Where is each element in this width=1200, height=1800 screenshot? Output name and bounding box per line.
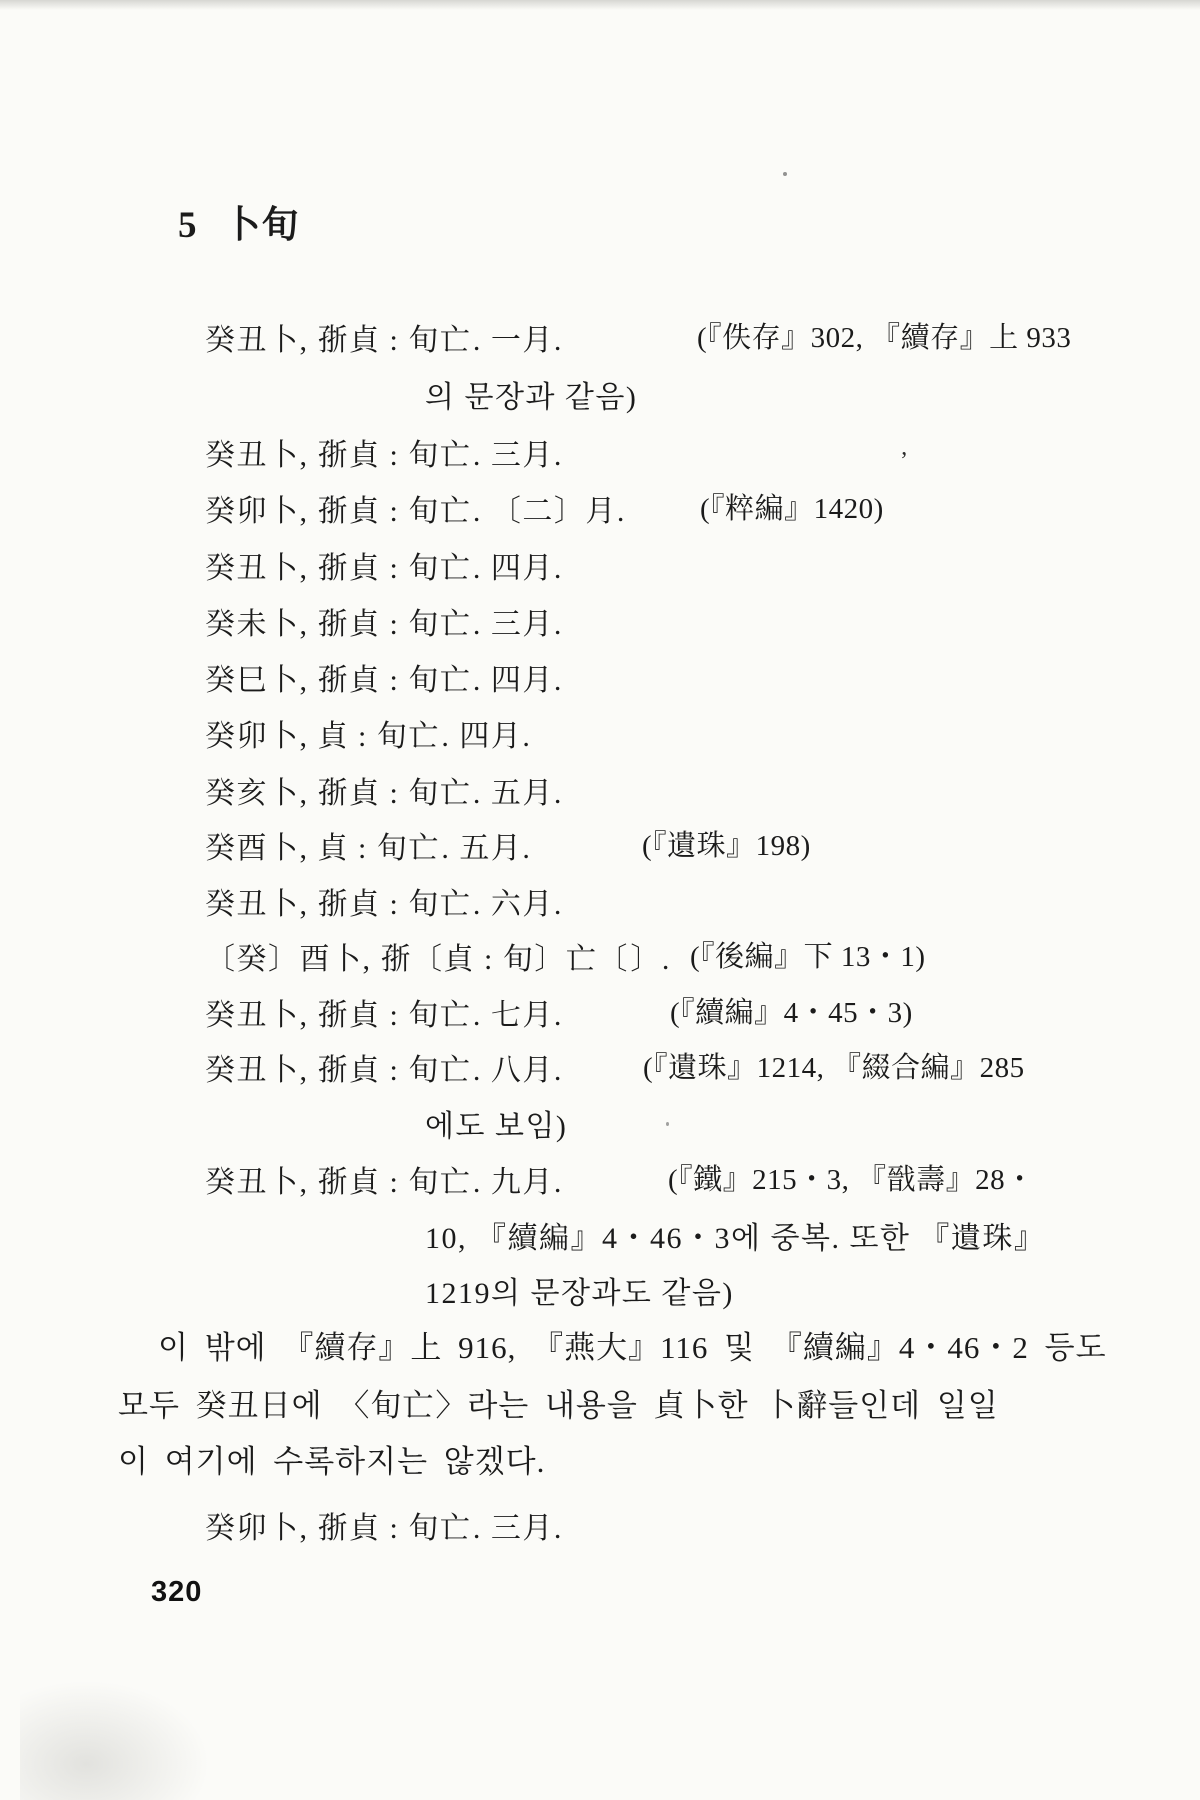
oracle-entry-row: 〔癸〕酉卜, 㝂〔貞 : 旬〕亡〔𡆥〕. (『後編』下 13・1) (0, 934, 1200, 984)
entry-citation: (『鐵』215・3, 『戩壽』28・ (668, 1157, 1035, 1198)
entry-citation: (『粹編』1420) (700, 486, 884, 527)
entry-inscription: 癸卯卜, 㝂貞 : 旬亡𡆥. 〔二〕月. (205, 486, 626, 530)
entry-inscription: 癸巳卜, 㝂貞 : 旬亡𡆥. 四月. (205, 655, 563, 699)
oracle-entry-row: 癸丑卜, 㝂貞 : 旬亡𡆥. 三月. (0, 430, 1200, 480)
section-number: 5 (178, 205, 198, 246)
entry-continuation: 의 문장과 같음) (425, 372, 637, 416)
oracle-entry-row: 癸巳卜, 㝂貞 : 旬亡𡆥. 四月. (0, 655, 1200, 705)
body-paragraph-line: 이 여기에 수록하지는 않겠다. (118, 1436, 545, 1481)
entry-inscription: 癸丑卜, 㝂貞 : 旬亡𡆥. 七月. (205, 990, 563, 1034)
oracle-entry-row: 癸丑卜, 㝂貞 : 旬亡𡆥. 六月. (0, 879, 1200, 929)
entry-inscription: 癸丑卜, 㝂貞 : 旬亡𡆥. 一月. (205, 315, 563, 359)
entry-continuation: 1219의 문장과도 같음) (425, 1268, 734, 1312)
scan-edge-artifact (0, 0, 1200, 10)
scan-smudge-artifact (20, 1680, 210, 1800)
oracle-entry-row: 에도 보임) (0, 1101, 1200, 1151)
entry-citation: (『佚存』302, 『續存』上 933 (697, 315, 1071, 356)
oracle-entry-row: 癸丑卜, 㝂貞 : 旬亡𡆥. 九月. (『鐵』215・3, 『戩壽』28・ (0, 1157, 1200, 1207)
page-number: 320 (151, 1576, 202, 1609)
body-paragraph-line: 모두 癸丑日에 〈旬亡𡆥〉라는 내용을 貞卜한 卜辭들인데 일일 (118, 1380, 999, 1425)
oracle-entry-row: 癸卯卜, 貞 : 旬亡𡆥. 四月. (0, 711, 1200, 761)
entry-continuation: 에도 보임) (425, 1101, 567, 1145)
oracle-entry-row: 癸丑卜, 㝂貞 : 旬亡𡆥. 八月. (『遺珠』1214, 『綴合編』285 (0, 1045, 1200, 1095)
section-title: 卜旬 (224, 205, 300, 246)
entry-inscription: 癸亥卜, 㝂貞 : 旬亡𡆥. 五月. (205, 768, 563, 812)
entry-inscription: 〔癸〕酉卜, 㝂〔貞 : 旬〕亡〔𡆥〕. (205, 934, 671, 978)
entry-inscription: 癸丑卜, 㝂貞 : 旬亡𡆥. 四月. (205, 543, 563, 587)
entry-inscription: 癸丑卜, 㝂貞 : 旬亡𡆥. 九月. (205, 1157, 563, 1201)
entry-citation: (『遺珠』198) (642, 823, 811, 864)
entry-inscription: 癸未卜, 㝂貞 : 旬亡𡆥. 三月. (205, 599, 563, 643)
scan-speck (783, 172, 787, 176)
oracle-entry-row: 의 문장과 같음) (0, 372, 1200, 422)
entry-citation: (『續編』4・45・3) (670, 990, 913, 1031)
oracle-entry-row: 癸丑卜, 㝂貞 : 旬亡𡆥. 四月. (0, 543, 1200, 593)
entry-inscription: 癸丑卜, 㝂貞 : 旬亡𡆥. 三月. (205, 430, 563, 474)
oracle-entry-row: 10, 『續編』4・46・3에 중복. 또한 『遺珠』 (0, 1213, 1200, 1263)
oracle-entry-row: 癸卯卜, 㝂貞 : 旬亡𡆥. 〔二〕月. (『粹編』1420) (0, 486, 1200, 536)
oracle-entry-row: 癸酉卜, 貞 : 旬亡𡆥. 五月. (『遺珠』198) (0, 823, 1200, 873)
entry-inscription: 癸丑卜, 㝂貞 : 旬亡𡆥. 八月. (205, 1045, 563, 1089)
oracle-entry-row: 癸未卜, 㝂貞 : 旬亡𡆥. 三月. (0, 599, 1200, 649)
oracle-entry-row: 癸丑卜, 㝂貞 : 旬亡𡆥. 七月. (『續編』4・45・3) (0, 990, 1200, 1040)
entry-continuation: 10, 『續編』4・46・3에 중복. 또한 『遺珠』 (425, 1213, 1045, 1257)
oracle-entry-row: 癸卯卜, 㝂貞 : 旬亡𡆥. 三月. (0, 1503, 1200, 1553)
entry-inscription: 癸卯卜, 㝂貞 : 旬亡𡆥. 三月. (205, 1503, 563, 1547)
oracle-entry-row: 癸丑卜, 㝂貞 : 旬亡𡆥. 一月. (『佚存』302, 『續存』上 933 (0, 315, 1200, 365)
section-heading: 5卜旬 (178, 194, 300, 248)
entry-inscription: 癸卯卜, 貞 : 旬亡𡆥. 四月. (205, 711, 531, 755)
oracle-entry-row: 1219의 문장과도 같음) (0, 1268, 1200, 1318)
oracle-entry-row: 癸亥卜, 㝂貞 : 旬亡𡆥. 五月. (0, 768, 1200, 818)
book-page: ’ 5卜旬 癸丑卜, 㝂貞 : 旬亡𡆥. 一月. (『佚存』302, 『續存』上… (0, 0, 1200, 1800)
entry-citation: (『後編』下 13・1) (690, 934, 926, 975)
body-paragraph-line: 이 밖에 『續存』上 916, 『燕大』116 및 『續編』4・46・2 등도 (158, 1322, 1107, 1367)
entry-citation: (『遺珠』1214, 『綴合編』285 (643, 1045, 1025, 1086)
entry-inscription: 癸酉卜, 貞 : 旬亡𡆥. 五月. (205, 823, 531, 867)
entry-inscription: 癸丑卜, 㝂貞 : 旬亡𡆥. 六月. (205, 879, 563, 923)
